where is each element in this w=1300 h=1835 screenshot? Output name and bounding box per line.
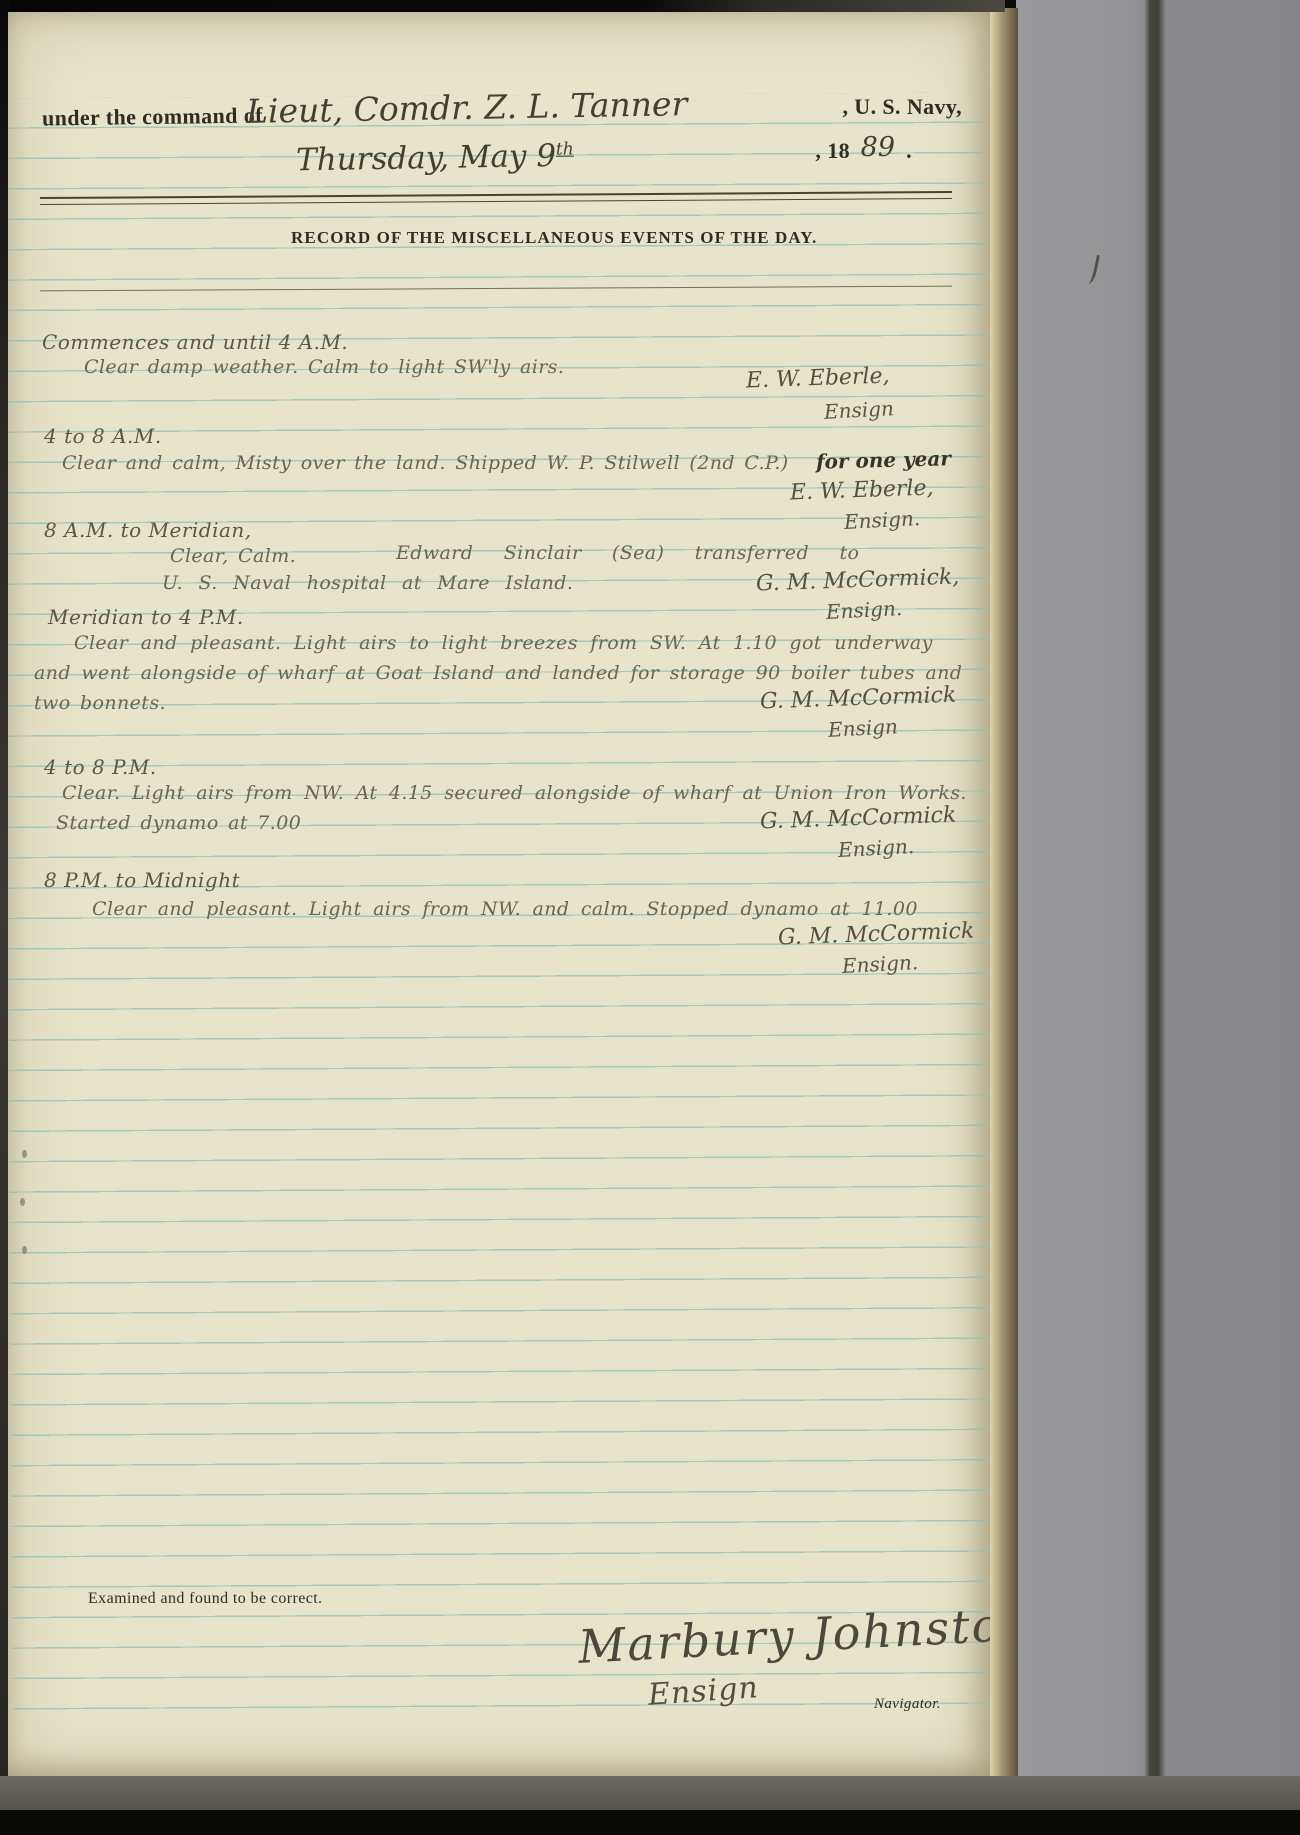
watch-header: 4 to 8 A.M.	[44, 424, 162, 448]
watch-header: 8 A.M. to Meridian,	[44, 518, 252, 542]
watch-header: 8 P.M. to Midnight	[44, 868, 240, 892]
entry-line: Clear and calm, Misty over the land. Shi…	[62, 452, 789, 474]
date-script-text: Thursday, May 9	[296, 138, 557, 179]
officer-signature: E. W. Eberle,	[790, 476, 934, 506]
entry-line: Started dynamo at 7.00	[56, 812, 301, 834]
entry-line: Edward Sinclair (Sea) transferred to	[396, 542, 859, 564]
examined-label: Examined and found to be correct.	[88, 1590, 322, 1608]
binding-stitch-dot	[20, 1198, 25, 1206]
officer-rank: Ensign.	[841, 950, 918, 978]
page-stack-edge	[988, 8, 1018, 1776]
date-script: Thursday, May 9th	[296, 138, 575, 179]
navigator-label: Navigator.	[874, 1696, 941, 1713]
entry-line-emphasis: for one year	[816, 446, 951, 474]
entry-line: two bonnets.	[34, 692, 166, 714]
officer-rank: Ensign.	[825, 596, 902, 624]
entry-line: Clear, Calm.	[170, 545, 296, 567]
printed-command-prefix: under the command of	[42, 102, 263, 131]
commander-signature-script: Lieut, Comdr. Z. L. Tanner	[246, 84, 688, 131]
scanned-logbook-photo: under the command of Lieut, Comdr. Z. L.…	[0, 0, 1300, 1835]
entry-line: U. S. Naval hospital at Mare Island.	[162, 572, 573, 594]
watch-header: 4 to 8 P.M.	[44, 755, 157, 779]
scan-top-shadow	[0, 0, 1005, 12]
entry-line: and went alongside of wharf at Goat Isla…	[34, 662, 962, 684]
watch-header: Commences and until 4 A.M.	[42, 330, 348, 354]
entry-line: Clear damp weather. Calm to light SW'ly …	[84, 356, 564, 378]
entry-line: Clear and pleasant. Light airs to light …	[74, 632, 933, 654]
officer-rank: Ensign.	[837, 834, 914, 862]
printed-year-period: .	[906, 138, 912, 164]
watch-header: Meridian to 4 P.M.	[48, 605, 244, 629]
printed-us-navy: , U. S. Navy,	[843, 94, 963, 120]
binding-stitch-dot	[22, 1150, 27, 1158]
binding-stitch-dot	[22, 1246, 27, 1254]
officer-rank: Ensign	[823, 396, 894, 424]
officer-rank: Ensign.	[843, 506, 920, 534]
logbook-page: under the command of Lieut, Comdr. Z. L.…	[8, 12, 990, 1776]
officer-signature: E. W. Eberle,	[746, 364, 890, 394]
entry-line: Clear. Light airs from NW. At 4.15 secur…	[62, 782, 967, 804]
printed-year-prefix: , 18	[815, 138, 850, 164]
scan-bottom-board	[0, 1776, 1300, 1810]
officer-rank: Ensign	[827, 714, 898, 742]
date-ordinal: th	[556, 139, 574, 159]
cover-board-background	[1016, 0, 1300, 1835]
entry-line: Clear and pleasant. Light airs from NW. …	[92, 898, 918, 920]
year-script: 89	[861, 132, 895, 163]
scan-bottom-shadow	[0, 1810, 1300, 1835]
section-title: RECORD OF THE MISCELLANEOUS EVENTS OF TH…	[291, 228, 817, 248]
